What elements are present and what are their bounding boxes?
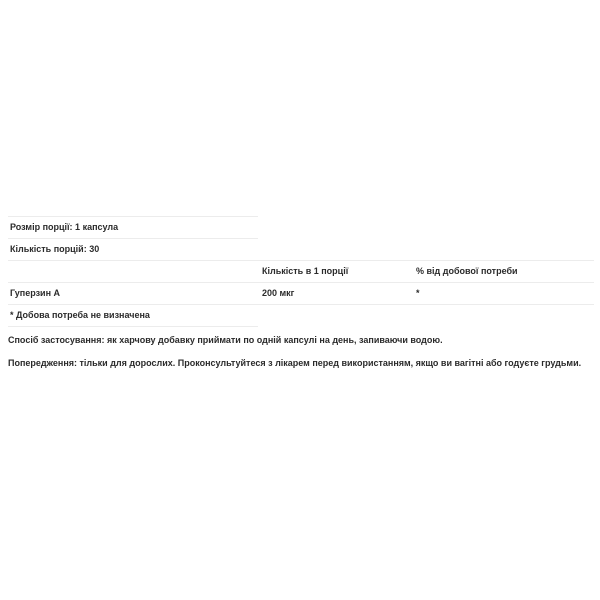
servings-count-row: Кількість порцій: 30 (8, 238, 258, 260)
table-header-row: Кількість в 1 порції % від добової потре… (8, 260, 594, 282)
header-daily-value: % від добової потреби (416, 261, 518, 282)
warning-text: Попередження: тільки для дорослих. Проко… (8, 357, 592, 369)
servings-count: Кількість порцій: 30 (10, 239, 99, 260)
table-row: Гуперзин А 200 мкг * (8, 282, 594, 304)
footnote-row: * Добова потреба не визначена (8, 304, 594, 326)
table-bottom-divider (8, 326, 258, 327)
header-amount: Кількість в 1 порції (262, 261, 348, 282)
supplement-facts-table: Розмір порції: 1 капсула Кількість порці… (8, 216, 594, 327)
ingredient-name: Гуперзин А (10, 283, 60, 304)
ingredient-amount: 200 мкг (262, 283, 294, 304)
usage-text: Спосіб застосування: як харчову добавку … (8, 334, 592, 346)
footnote: * Добова потреба не визначена (10, 305, 150, 326)
serving-size: Розмір порції: 1 капсула (10, 217, 118, 238)
serving-size-row: Розмір порції: 1 капсула (8, 216, 258, 238)
ingredient-daily-value: * (416, 283, 420, 304)
